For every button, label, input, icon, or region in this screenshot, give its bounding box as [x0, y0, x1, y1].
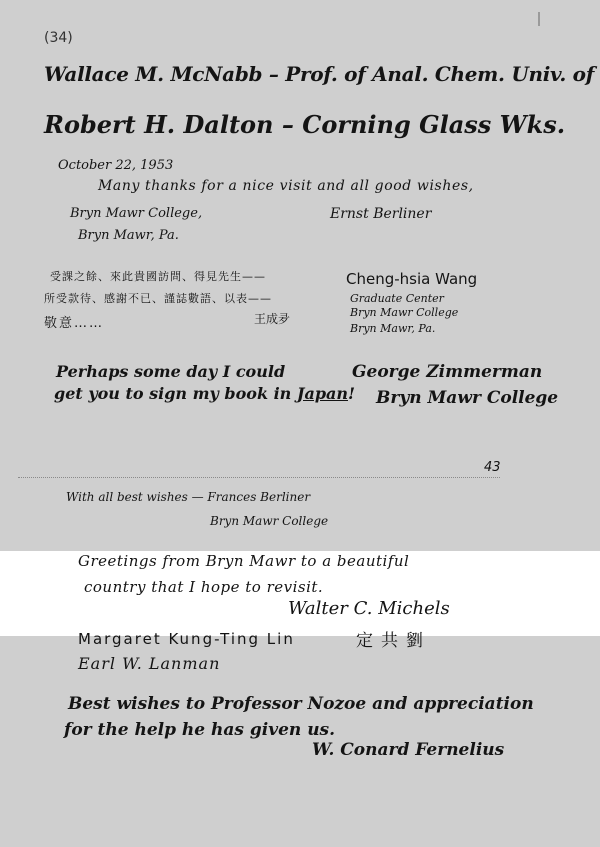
zimmerman-message-2-emph: Japan [297, 384, 348, 403]
cjk-line-2: 所受款待、感謝不已、謹誌數語、以表—— [44, 290, 272, 306]
entry-dalton: Robert H. Dalton – Corning Glass Wks. [44, 110, 565, 139]
entry-affiliation: Bryn Mawr College, [70, 206, 202, 221]
entry-message: Many thanks for a nice visit and all goo… [98, 178, 474, 194]
wang-name: Cheng-hsia Wang [346, 270, 477, 288]
zimmerman-affiliation: Bryn Mawr College [376, 388, 558, 408]
wang-affiliation-2: Bryn Mawr College [350, 306, 458, 319]
fernelius-message-1: Best wishes to Professor Nozoe and appre… [68, 694, 534, 714]
entry-mcnabb: Wallace M. McNabb – Prof. of Anal. Chem.… [44, 62, 600, 86]
zimmerman-message-2-suffix: ! [348, 384, 355, 403]
page-divider [18, 477, 500, 478]
wang-affiliation-1: Graduate Center [350, 292, 444, 305]
fernelius-message-2: for the help he has given us. [64, 720, 335, 740]
zimmerman-message-2: get you to sign my book in Japan! [54, 384, 355, 403]
wang-affiliation-3: Bryn Mawr, Pa. [350, 322, 435, 335]
frances-message: With all best wishes — Frances Berliner [66, 490, 310, 504]
fernelius-signature: W. Conard Fernelius [312, 740, 504, 760]
cjk-line-1: 受課之餘、來此貴國訪問、得見先生—— [50, 268, 266, 284]
michels-message-2: country that I hope to revisit. [84, 578, 323, 596]
entry-lanman: Earl W. Lanman [78, 654, 220, 673]
michels-signature: Walter C. Michels [288, 598, 450, 619]
lin-cjk-name: 定共劉 [356, 626, 431, 651]
zimmerman-signature: George Zimmerman [352, 362, 542, 382]
zimmerman-message-1: Perhaps some day I could [56, 362, 285, 381]
page-number: 43 [484, 460, 501, 475]
zimmerman-message-2-prefix: get you to sign my book in [54, 384, 297, 403]
entry-date: October 22, 1953 [58, 158, 173, 173]
cjk-signature: 王成夛 [254, 310, 290, 327]
page-marker: (34) [44, 30, 73, 46]
michels-message-1: Greetings from Bryn Mawr to a beautiful [78, 552, 409, 570]
lin-name: Margaret Kung-Ting Lin [78, 630, 295, 648]
cjk-line-3: 敬意…… [44, 312, 104, 331]
entry-affiliation-city: Bryn Mawr, Pa. [78, 228, 179, 243]
scan-mark [538, 12, 540, 26]
entry-signature: Ernst Berliner [330, 206, 431, 222]
frances-affiliation: Bryn Mawr College [210, 514, 328, 528]
